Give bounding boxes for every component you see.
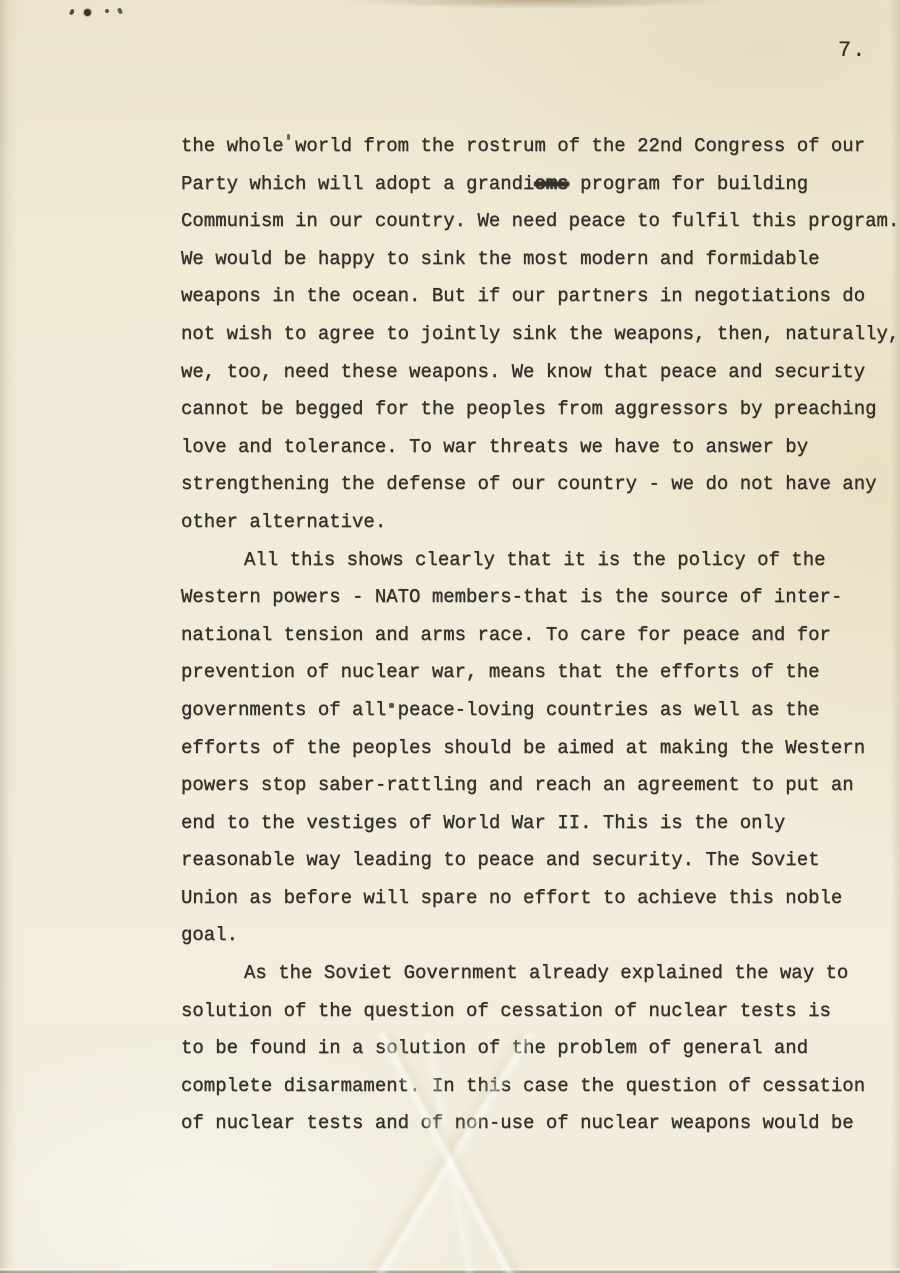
text-line: Western powers - NATO members-that is th… bbox=[181, 579, 900, 617]
text-line: of nuclear tests and of non-use of nucle… bbox=[181, 1105, 900, 1143]
text-line: the whole world from the rostrum of the … bbox=[181, 128, 900, 166]
text-line: weapons in the ocean. But if our partner… bbox=[181, 278, 900, 316]
text-line: All this shows clearly that it is the po… bbox=[181, 542, 900, 580]
text-line: complete disarmament. In this case the q… bbox=[181, 1068, 900, 1106]
text-line: goal. bbox=[181, 917, 900, 955]
text-line: Communism in our country. We need peace … bbox=[181, 203, 900, 241]
text-line: love and tolerance. To war threats we ha… bbox=[181, 429, 900, 467]
text-line: end to the vestiges of World War II. Thi… bbox=[181, 805, 900, 843]
text-line: not wish to agree to jointly sink the we… bbox=[181, 316, 900, 354]
text-line: cannot be begged for the peoples from ag… bbox=[181, 391, 900, 429]
document-page: 7. the whole world from the rostrum of t… bbox=[0, 0, 900, 1273]
text-line: reasonable way leading to peace and secu… bbox=[181, 842, 900, 880]
page-number: 7. bbox=[838, 38, 866, 63]
text-line: powers stop saber-rattling and reach an … bbox=[181, 767, 900, 805]
text-line: We would be happy to sink the most moder… bbox=[181, 241, 900, 279]
text-line: strengthening the defense of our country… bbox=[181, 466, 900, 504]
text-line: other alternative. bbox=[181, 504, 900, 542]
ink-speck bbox=[117, 7, 123, 14]
ink-speck bbox=[84, 9, 91, 16]
text-line: we, too, need these weapons. We know tha… bbox=[181, 354, 900, 392]
typewritten-text-block: the whole world from the rostrum of the … bbox=[181, 128, 900, 1143]
ink-speck bbox=[69, 9, 75, 16]
struck-out-text: ems bbox=[534, 173, 568, 195]
text-line: prevention of nuclear war, means that th… bbox=[181, 654, 900, 692]
text-segment: Party which will adopt a grandi bbox=[181, 173, 534, 195]
text-line: Party which will adopt a grandiems progr… bbox=[181, 166, 900, 204]
text-line: to be found in a solution of the problem… bbox=[181, 1030, 900, 1068]
text-line: Union as before will spare no effort to … bbox=[181, 880, 900, 918]
text-line: governments of all peace-loving countrie… bbox=[181, 692, 900, 730]
text-line: As the Soviet Government already explain… bbox=[181, 955, 900, 993]
text-segment: program for building bbox=[569, 173, 808, 195]
text-line: national tension and arms race. To care … bbox=[181, 617, 900, 655]
text-line: efforts of the peoples should be aimed a… bbox=[181, 730, 900, 768]
text-line: solution of the question of cessation of… bbox=[181, 993, 900, 1031]
ink-speck bbox=[105, 9, 109, 13]
